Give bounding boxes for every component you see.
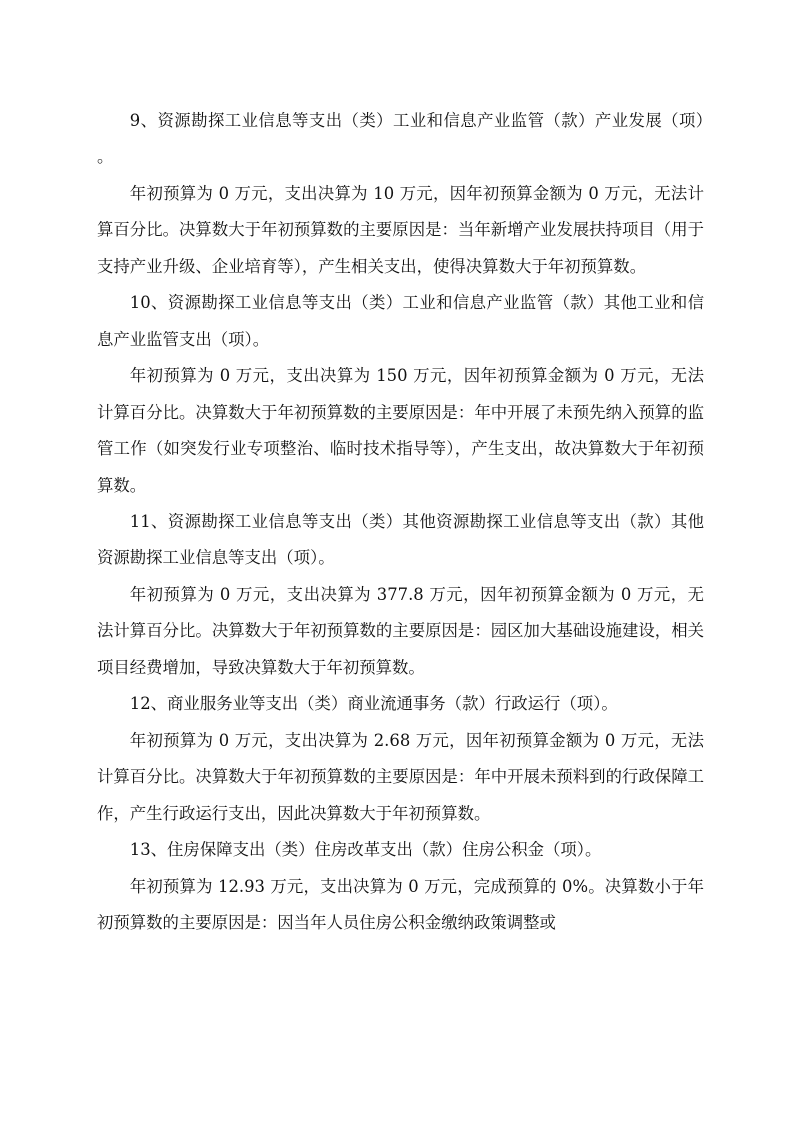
item-body-13: 年初预算为 12.93 万元，支出决算为 0 万元，完成预算的 0%。决算数小于…: [97, 869, 704, 942]
item-body-9: 年初预算为 0 万元，支出决算为 10 万元，因年初预算金额为 0 万元，无法计…: [97, 176, 704, 285]
item-body-12: 年初预算为 0 万元，支出决算为 2.68 万元，因年初预算金额为 0 万元，无…: [97, 723, 704, 832]
item-heading-13: 13、住房保障支出（类）住房改革支出（款）住房公积金（项）。: [97, 832, 704, 868]
item-body-10: 年初预算为 0 万元，支出决算为 150 万元，因年初预算金额为 0 万元，无法…: [97, 358, 704, 504]
item-body-11: 年初预算为 0 万元，支出决算为 377.8 万元，因年初预算金额为 0 万元，…: [97, 577, 704, 686]
item-heading-11: 11、资源勘探工业信息等支出（类）其他资源勘探工业信息等支出（款）其他资源勘探工…: [97, 504, 704, 577]
item-heading-10: 10、资源勘探工业信息等支出（类）工业和信息产业监管（款）其他工业和信息产业监管…: [97, 285, 704, 358]
item-heading-9: 9、资源勘探工业信息等支出（类）工业和信息产业监管（款）产业发展（项）。: [97, 103, 704, 176]
document-page: 9、资源勘探工业信息等支出（类）工业和信息产业监管（款）产业发展（项）。 年初预…: [97, 103, 704, 941]
item-heading-12: 12、商业服务业等支出（类）商业流通事务（款）行政运行（项）。: [97, 686, 704, 722]
